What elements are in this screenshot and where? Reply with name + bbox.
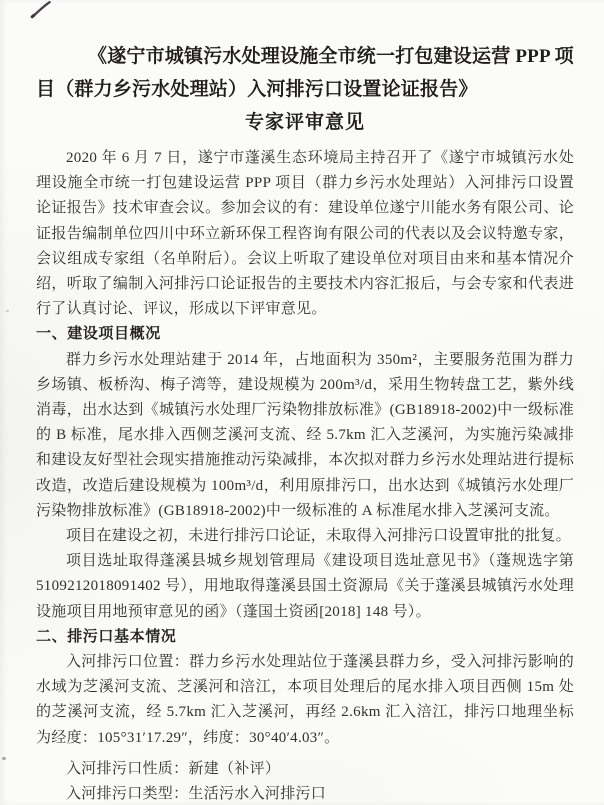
section-1-paragraph-approval-status: 项目在建设之初，未进行排污口论证，未取得入河排污口设置审批的批复。: [36, 524, 574, 549]
document-title: 《遂宁市城镇污水处理设施全市统一打包建设运营 PPP 项 目（群力乡污水处理站）…: [36, 40, 574, 106]
section-2-paragraph-outfall-location: 入河排污口位置：群力乡污水处理站位于蓬溪县群力乡，受入河排污影响的水域为芝溪河支…: [36, 650, 574, 751]
document-subtitle: 专家评审意见: [36, 106, 574, 139]
section-2-paragraph-outfall-type: 入河排污口类型：生活污水入河排污口: [36, 782, 574, 805]
section-2-heading: 二、排污口基本情况: [36, 625, 574, 650]
scan-speck: [2, 757, 6, 760]
scan-speck: [6, 310, 9, 312]
section-1-paragraph-site-permits: 项目选址取得蓬溪县城乡规划管理局《建设项目选址意见书》（蓬规选字第5109212…: [36, 549, 574, 625]
pen-tick-mark: [29, 1, 53, 19]
title-line-2: 目（群力乡污水处理站）入河排污口设置论证报告》: [36, 73, 574, 106]
scanned-document-page: 《遂宁市城镇污水处理设施全市统一打包建设运营 PPP 项 目（群力乡污水处理站）…: [0, 0, 604, 805]
intro-paragraph: 2020 年 6 月 7 日，遂宁市蓬溪生态环境局主持召开了《遂宁市城镇污水处理…: [36, 146, 574, 322]
section-2-paragraph-outfall-nature: 入河排污口性质：新建（补评）: [36, 757, 574, 782]
section-1-heading: 一、建设项目概况: [36, 322, 574, 347]
title-line-1: 《遂宁市城镇污水处理设施全市统一打包建设运营 PPP 项: [36, 40, 574, 73]
section-1-paragraph-overview: 群力乡污水处理站建于 2014 年，占地面积为 350m²，主要服务范围为群力乡…: [36, 348, 574, 524]
